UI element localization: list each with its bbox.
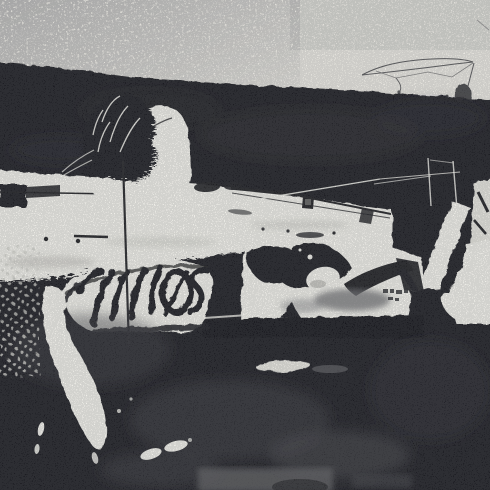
grain-overlay bbox=[0, 0, 490, 490]
photocopy-photo bbox=[0, 0, 490, 490]
photo-canvas bbox=[0, 0, 490, 490]
